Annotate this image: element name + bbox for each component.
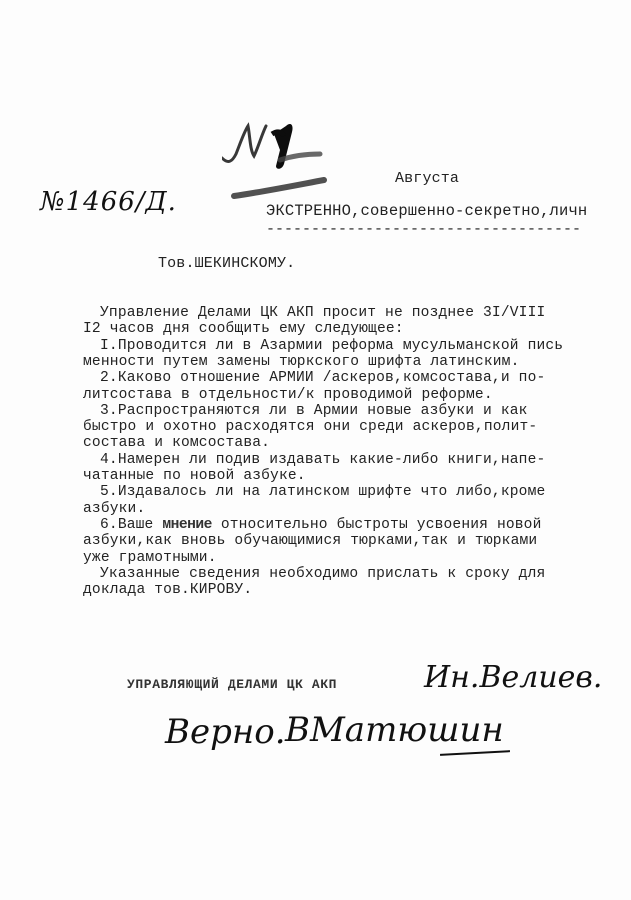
addressee: Тов.ШЕКИНСКОМУ.	[158, 256, 295, 272]
body-line: чатанные по новой азбуке.	[83, 468, 306, 484]
handwritten-number-mark-icon	[222, 120, 342, 210]
overtyped-word: мнение	[162, 517, 212, 533]
body-line: уже грамотными.	[83, 550, 217, 566]
body-line: состава и комсостава.	[83, 435, 270, 451]
date-month: Августа	[395, 171, 459, 187]
body-line: азбуки,как вновь обучающимися тюрками,та…	[83, 533, 537, 549]
body-line: I2 часов дня сообщить ему следующее:	[83, 321, 404, 337]
body-line: литсостава в отдельности/к проводимой ре…	[83, 387, 493, 403]
classification-marking: ЭКСТРЕННО,совершенно-секретно,личн	[266, 203, 587, 219]
signature-flourish	[440, 750, 510, 756]
body-line: 5.Издавалось ли на латинском шрифте что …	[100, 484, 545, 500]
body-line: Управление Делами ЦК АКП просит не поздн…	[100, 305, 545, 321]
signature-verifier: ВМатюшин	[285, 710, 504, 750]
signature-manager: Ин.Велиев.	[424, 660, 602, 695]
body-line: доклада тов.КИРОВУ.	[83, 582, 252, 598]
body-line: Указанные сведения необходимо прислать к…	[100, 566, 545, 582]
signatory-title: УПРАВЛЯЮЩИЙ ДЕЛАМИ ЦК АКП	[127, 677, 337, 693]
body-line: азбуки.	[83, 501, 145, 517]
body-line: 6.Ваше мнение относительно быстроты усво…	[100, 517, 542, 533]
body-line: менности путем замены тюркского шрифта л…	[83, 354, 519, 370]
registration-number: №1466/Д.	[40, 187, 177, 217]
classification-underline: -----------------------------------	[266, 222, 581, 238]
body-line: быстро и охотно расходятся они среди аск…	[83, 419, 537, 435]
body-line: I.Проводится ли в Азармии реформа мусуль…	[100, 338, 563, 354]
body-line: 3.Распространяются ли в Армии новые азбу…	[100, 403, 528, 419]
body-line: 2.Каково отношение АРМИИ /аскеров,комсос…	[100, 370, 545, 386]
verified-label: Верно.	[165, 712, 286, 752]
body-line: 4.Намерен ли подив издавать какие-либо к…	[100, 452, 545, 468]
